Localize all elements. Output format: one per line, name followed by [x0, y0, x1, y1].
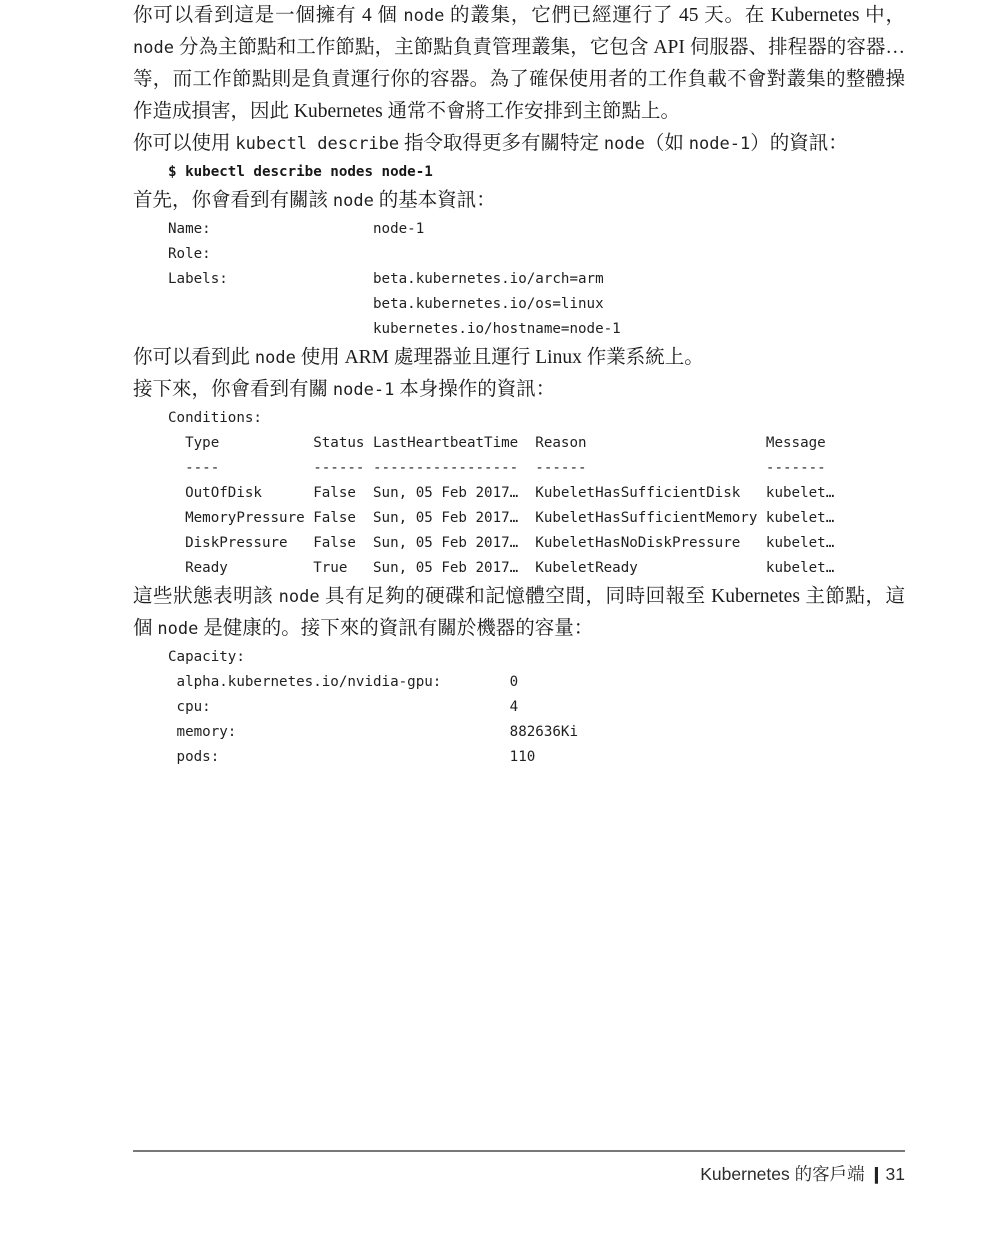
code-describe-command: $ kubectl describe nodes node-1	[168, 160, 905, 185]
paragraph-health-capacity-intro: 這些狀態表明該 node 具有足夠的硬碟和記憶體空間，同時回報至 Kuberne…	[133, 581, 905, 645]
inline-code: node	[403, 6, 444, 26]
text-run: ）的資訊：	[750, 133, 848, 154]
text-run: 你可以看到此	[133, 347, 255, 368]
text-run: 分為主節點和工作節點，主節點負責管理叢集，它包含 API 伺服器、排程器的容器……	[133, 37, 905, 122]
page-footer: Kubernetes 的客戶端|31	[133, 1150, 905, 1186]
text-run: 你可以使用	[133, 133, 235, 154]
book-page: 你可以看到這是一個擁有 4 個 node 的叢集，它們已經運行了 45 天。在 …	[0, 0, 1000, 1243]
text-run: 的基本資訊：	[374, 190, 496, 211]
text-run: 使用 ARM 處理器並且運行 Linux 作業系統上。	[296, 347, 704, 368]
inline-code: node	[279, 587, 320, 607]
inline-code: node	[604, 134, 645, 154]
footer-separator: |	[873, 1164, 880, 1185]
text-run: 首先，你會看到有關該	[133, 190, 333, 211]
inline-code: node-1	[333, 380, 394, 400]
text-run: 是健康的。接下來的資訊有關於機器的容量：	[198, 618, 593, 639]
inline-code: node	[157, 619, 198, 639]
paragraph-conditions-intro: 接下來，你會看到有關 node-1 本身操作的資訊：	[133, 374, 905, 406]
inline-code: node	[255, 348, 296, 368]
paragraph-cluster-overview: 你可以看到這是一個擁有 4 個 node 的叢集，它們已經運行了 45 天。在 …	[133, 0, 905, 128]
text-run: （如	[645, 133, 689, 154]
inline-code: node	[333, 191, 374, 211]
code-node-basic-info: Name: node-1 Role: Labels: beta.kubernet…	[168, 217, 905, 342]
text-run: 接下來，你會看到有關	[133, 379, 333, 400]
paragraph-describe-intro: 你可以使用 kubectl describe 指令取得更多有關特定 node（如…	[133, 128, 905, 160]
text-run: 你可以看到這是一個擁有 4 個	[133, 5, 403, 26]
inline-code: node	[133, 38, 174, 58]
text-run: 指令取得更多有關特定	[399, 133, 604, 154]
code-node-conditions: Conditions: Type Status LastHeartbeatTim…	[168, 406, 905, 581]
inline-code: node-1	[689, 134, 750, 154]
text-run: 的叢集，它們已經運行了 45 天。在 Kubernetes 中，	[444, 5, 905, 26]
text-run: 這些狀態表明該	[133, 586, 279, 607]
paragraph-arm-linux-note: 你可以看到此 node 使用 ARM 處理器並且運行 Linux 作業系統上。	[133, 342, 905, 374]
code-node-capacity: Capacity: alpha.kubernetes.io/nvidia-gpu…	[168, 645, 905, 770]
text-run: 本身操作的資訊：	[394, 379, 555, 400]
paragraph-basic-info-intro: 首先，你會看到有關該 node 的基本資訊：	[133, 185, 905, 217]
footer-page-number: 31	[886, 1164, 905, 1184]
inline-code: kubectl describe	[235, 134, 399, 154]
footer-chapter-title: Kubernetes 的客戶端	[700, 1164, 864, 1184]
